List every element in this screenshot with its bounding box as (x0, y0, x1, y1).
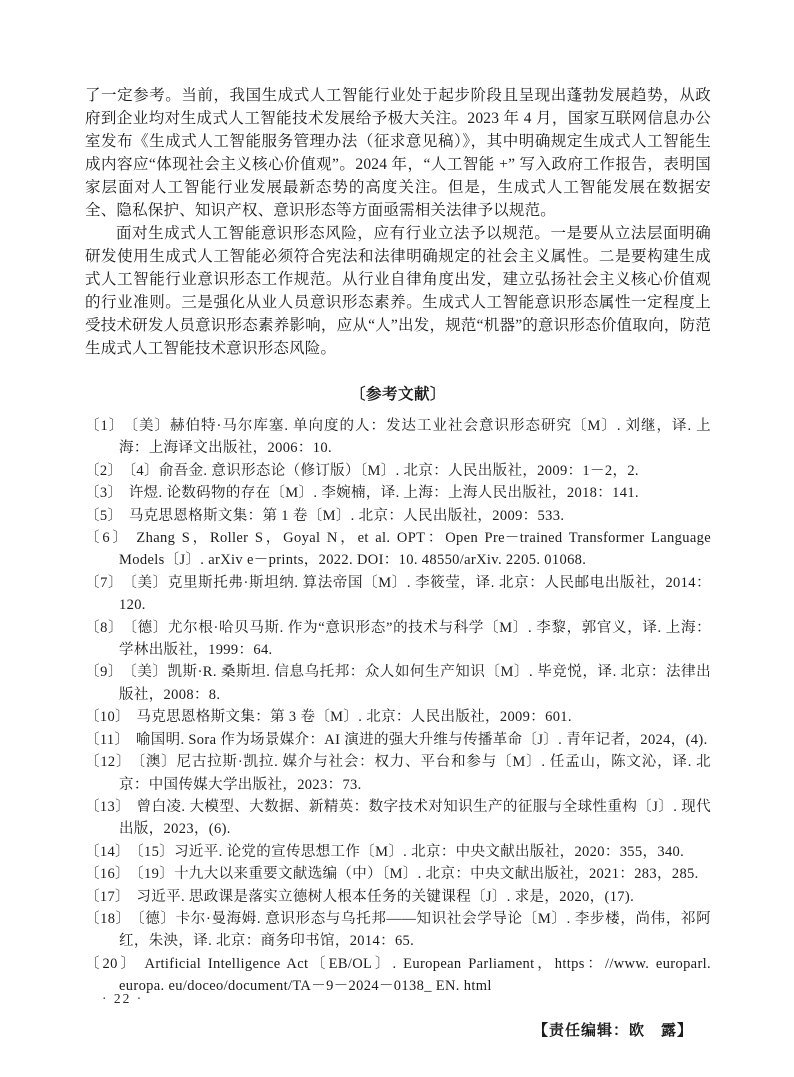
reference-text: 〔4〕俞吾金. 意识形态论（修订版）〔M〕. 北京：人民出版社，2009：1－2… (129, 463, 639, 479)
references-list: 〔1〕〔美〕赫伯特·马尔库塞. 单向度的人：发达工业社会意识形态研究〔M〕. 刘… (85, 415, 711, 998)
reference-item: 〔2〕〔4〕俞吾金. 意识形态论（修订版）〔M〕. 北京：人民出版社，2009：… (85, 460, 711, 482)
reference-text: 〔美〕凯斯·R. 桑斯坦. 信息乌托邦：众人如何生产知识〔M〕. 毕竞悦，译. … (119, 664, 711, 702)
reference-number: 〔8〕 (85, 620, 123, 636)
reference-number: 〔9〕 (85, 664, 123, 680)
reference-item: 〔6〕Zhang S，Roller S，Goyal N，et al. OPT：O… (85, 527, 711, 572)
responsible-editor-note: 【责任编辑：欧 露】 (85, 1019, 693, 1040)
document-page: 了一定参考。当前，我国生成式人工智能行业处于起步阶段且呈现出蓬勃发展趋势，从政府… (0, 0, 794, 1077)
reference-text: 马克思恩格斯文集：第 1 卷〔M〕. 北京：人民出版社，2009：533. (129, 508, 564, 524)
reference-number: 〔10〕 (85, 709, 130, 725)
reference-text: 许煜. 论数码物的存在〔M〕. 李婉楠，译. 上海：上海人民出版社，2018：1… (129, 485, 639, 501)
reference-item: 〔3〕许煜. 论数码物的存在〔M〕. 李婉楠，译. 上海：上海人民出版社，201… (85, 482, 711, 504)
reference-number: 〔6〕 (85, 530, 130, 546)
reference-item: 〔20〕Artificial Intelligence Act〔EB/OL〕. … (85, 953, 711, 998)
reference-number: 〔16〕 (85, 866, 130, 882)
reference-text: 〔19〕十九大以来重要文献选编（中）〔M〕. 北京：中央文献出版社，2021：2… (136, 866, 698, 882)
reference-item: 〔17〕习近平. 思政课是落实立德树人根本任务的关键课程〔J〕. 求是，2020… (85, 886, 711, 908)
page-number: · 22 · (102, 991, 143, 1007)
reference-text: 马克思恩格斯文集：第 3 卷〔M〕. 北京：人民出版社，2009：601. (136, 709, 571, 725)
reference-item: 〔10〕马克思恩格斯文集：第 3 卷〔M〕. 北京：人民出版社，2009：601… (85, 706, 711, 728)
reference-text: 习近平. 思政课是落实立德树人根本任务的关键课程〔J〕. 求是，2020，(17… (136, 889, 634, 905)
page-content: 了一定参考。当前，我国生成式人工智能行业处于起步阶段且呈现出蓬勃发展趋势，从政府… (85, 84, 711, 1040)
reference-item: 〔7〕〔美〕克里斯托弗·斯坦纳. 算法帝国〔M〕. 李筱莹，译. 北京：人民邮电… (85, 572, 711, 617)
reference-text: Artificial Intelligence Act〔EB/OL〕. Euro… (119, 956, 711, 994)
reference-item: 〔8〕〔德〕尤尔根·哈贝马斯. 作为“意识形态”的技术与科学〔M〕. 李黎，郭官… (85, 617, 711, 662)
reference-text: 〔美〕克里斯托弗·斯坦纳. 算法帝国〔M〕. 李筱莹，译. 北京：人民邮电出版社… (119, 575, 711, 613)
reference-item: 〔13〕曾白凌. 大模型、大数据、新精英：数字技术对知识生产的征服与全球性重构〔… (85, 796, 711, 841)
reference-item: 〔11〕喻国明. Sora 作为场景媒介：AI 演进的强大升维与传播革命〔J〕.… (85, 729, 711, 751)
reference-text: 〔德〕卡尔·曼海姆. 意识形态与乌托邦——知识社会学导论〔M〕. 李步楼，尚伟，… (119, 911, 711, 949)
reference-number: 〔2〕 (85, 463, 122, 479)
reference-number: 〔12〕 (85, 754, 131, 770)
reference-item: 〔1〕〔美〕赫伯特·马尔库塞. 单向度的人：发达工业社会意识形态研究〔M〕. 刘… (85, 415, 711, 460)
reference-item: 〔16〕〔19〕十九大以来重要文献选编（中）〔M〕. 北京：中央文献出版社，20… (85, 863, 711, 885)
reference-number: 〔1〕 (85, 418, 124, 434)
reference-number: 〔3〕 (85, 485, 122, 501)
reference-item: 〔9〕〔美〕凯斯·R. 桑斯坦. 信息乌托邦：众人如何生产知识〔M〕. 毕竞悦，… (85, 661, 711, 706)
reference-number: 〔20〕 (85, 956, 138, 972)
references-heading: 〔参考文献〕 (85, 382, 711, 404)
reference-text: 曾白凌. 大模型、大数据、新精英：数字技术对知识生产的征服与全球性重构〔J〕. … (119, 799, 711, 837)
reference-item: 〔12〕〔澳〕尼古拉斯·凯拉. 媒介与社会：权力、平台和参与〔M〕. 任孟山，陈… (85, 751, 711, 796)
reference-number: 〔14〕 (85, 844, 130, 860)
reference-text: Zhang S，Roller S，Goyal N，et al. OPT：Open… (119, 530, 711, 568)
reference-item: 〔18〕〔德〕卡尔·曼海姆. 意识形态与乌托邦——知识社会学导论〔M〕. 李步楼… (85, 908, 711, 953)
reference-text: 〔美〕赫伯特·马尔库塞. 单向度的人：发达工业社会意识形态研究〔M〕. 刘继，译… (119, 418, 711, 456)
reference-text: 〔德〕尤尔根·哈贝马斯. 作为“意识形态”的技术与科学〔M〕. 李黎，郭官义，译… (119, 620, 711, 658)
reference-number: 〔17〕 (85, 889, 130, 905)
reference-number: 〔7〕 (85, 575, 123, 591)
reference-number: 〔11〕 (85, 732, 129, 748)
reference-number: 〔18〕 (85, 911, 131, 927)
body-paragraph: 面对生成式人工智能意识形态风险，应有行业立法予以规范。一是要从立法层面明确研发使… (85, 222, 711, 360)
body-paragraph-continuation: 了一定参考。当前，我国生成式人工智能行业处于起步阶段且呈现出蓬勃发展趋势，从政府… (85, 84, 711, 222)
reference-number: 〔5〕 (85, 508, 122, 524)
reference-number: 〔13〕 (85, 799, 130, 815)
reference-text: 喻国明. Sora 作为场景媒介：AI 演进的强大升维与传播革命〔J〕. 青年记… (136, 732, 708, 748)
reference-item: 〔5〕马克思恩格斯文集：第 1 卷〔M〕. 北京：人民出版社，2009：533. (85, 505, 711, 527)
reference-text: 〔15〕习近平. 论党的宣传思想工作〔M〕. 北京：中央文献出版社，2020：3… (136, 844, 684, 860)
reference-item: 〔14〕〔15〕习近平. 论党的宣传思想工作〔M〕. 北京：中央文献出版社，20… (85, 841, 711, 863)
reference-text: 〔澳〕尼古拉斯·凯拉. 媒介与社会：权力、平台和参与〔M〕. 任孟山，陈文沁，译… (119, 754, 711, 792)
